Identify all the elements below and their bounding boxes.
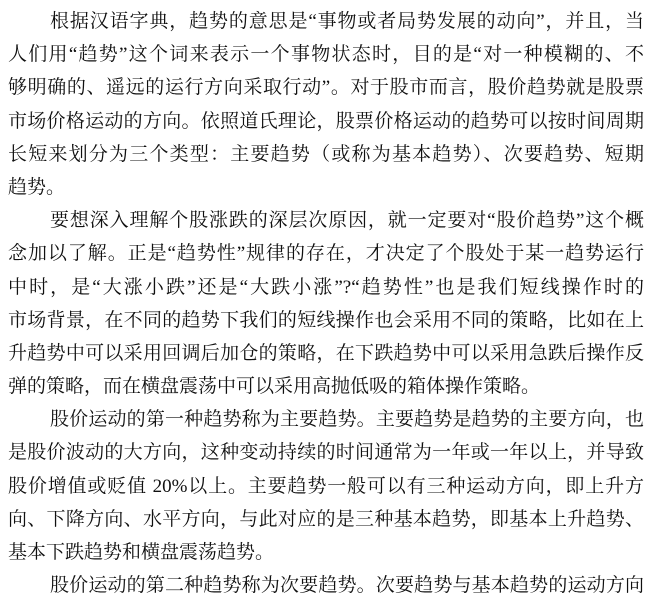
text-line: 是股价波动的大方向，这种变动持续的时间通常为一年或一年以上，并导致	[8, 436, 644, 469]
text-line: 人们用“趋势”这个词来表示一个事物状态时，目的是“对一种模糊的、不	[8, 38, 644, 71]
text-line: 中时，是“大涨小跌”还是“大跌小涨”?“趋势性”也是我们短线操作时的	[8, 271, 644, 304]
text-line: 市场价格运动的方向。依照道氏理论，股票价格运动的趋势可以按时间周期	[8, 105, 644, 138]
paragraph-secondary-trend: 股价运动的第二种趋势称为次要趋势。次要趋势与基本趋势的运动方向	[8, 569, 644, 602]
text-line: 念加以了解。正是“趋势性”规律的存在，才决定了个股处于某一趋势运行	[8, 237, 644, 270]
text-line: 基本下跌趋势和横盘震荡趋势。	[8, 536, 644, 569]
text-line: 趋势。	[8, 171, 644, 204]
text-line: 升趋势中可以采用回调后加仓的策略，在下跌趋势中可以采用急跌后操作反	[8, 337, 644, 370]
paragraph-definition-of-trend: 根据汉语字典，趋势的意思是“事物或者局势发展的动向”，并且，当 人们用“趋势”这…	[8, 5, 644, 204]
text-line: 长短来划分为三个类型：主要趋势（或称为基本趋势）、次要趋势、短期	[8, 138, 644, 171]
text-line: 市场背景，在不同的趋势下我们的短线操作也会采用不同的策略，比如在上	[8, 304, 644, 337]
paragraph-trend-nature: 要想深入理解个股涨跌的深层次原因，就一定要对“股价趋势”这个概 念加以了解。正是…	[8, 204, 644, 403]
text-line: 股价增值或贬值 20%以上。主要趋势一般可以有三种运动方向，即上升方	[8, 470, 644, 503]
text-line: 弹的策略，而在横盘震荡中可以采用高抛低吸的箱体操作策略。	[8, 370, 644, 403]
text-line: 根据汉语字典，趋势的意思是“事物或者局势发展的动向”，并且，当	[8, 5, 644, 38]
paragraph-primary-trend: 股价运动的第一种趋势称为主要趋势。主要趋势是趋势的主要方向，也 是股价波动的大方…	[8, 403, 644, 569]
book-page: 根据汉语字典，趋势的意思是“事物或者局势发展的动向”，并且，当 人们用“趋势”这…	[0, 0, 652, 602]
text-line: 股价运动的第一种趋势称为主要趋势。主要趋势是趋势的主要方向，也	[8, 403, 644, 436]
text-line: 够明确的、遥远的运行方向采取行动”。对于股市而言，股价趋势就是股票	[8, 71, 644, 104]
text-line: 股价运动的第二种趋势称为次要趋势。次要趋势与基本趋势的运动方向	[8, 569, 644, 602]
text-line: 向、下降方向、水平方向，与此对应的是三种基本趋势，即基本上升趋势、	[8, 503, 644, 536]
text-line: 要想深入理解个股涨跌的深层次原因，就一定要对“股价趋势”这个概	[8, 204, 644, 237]
